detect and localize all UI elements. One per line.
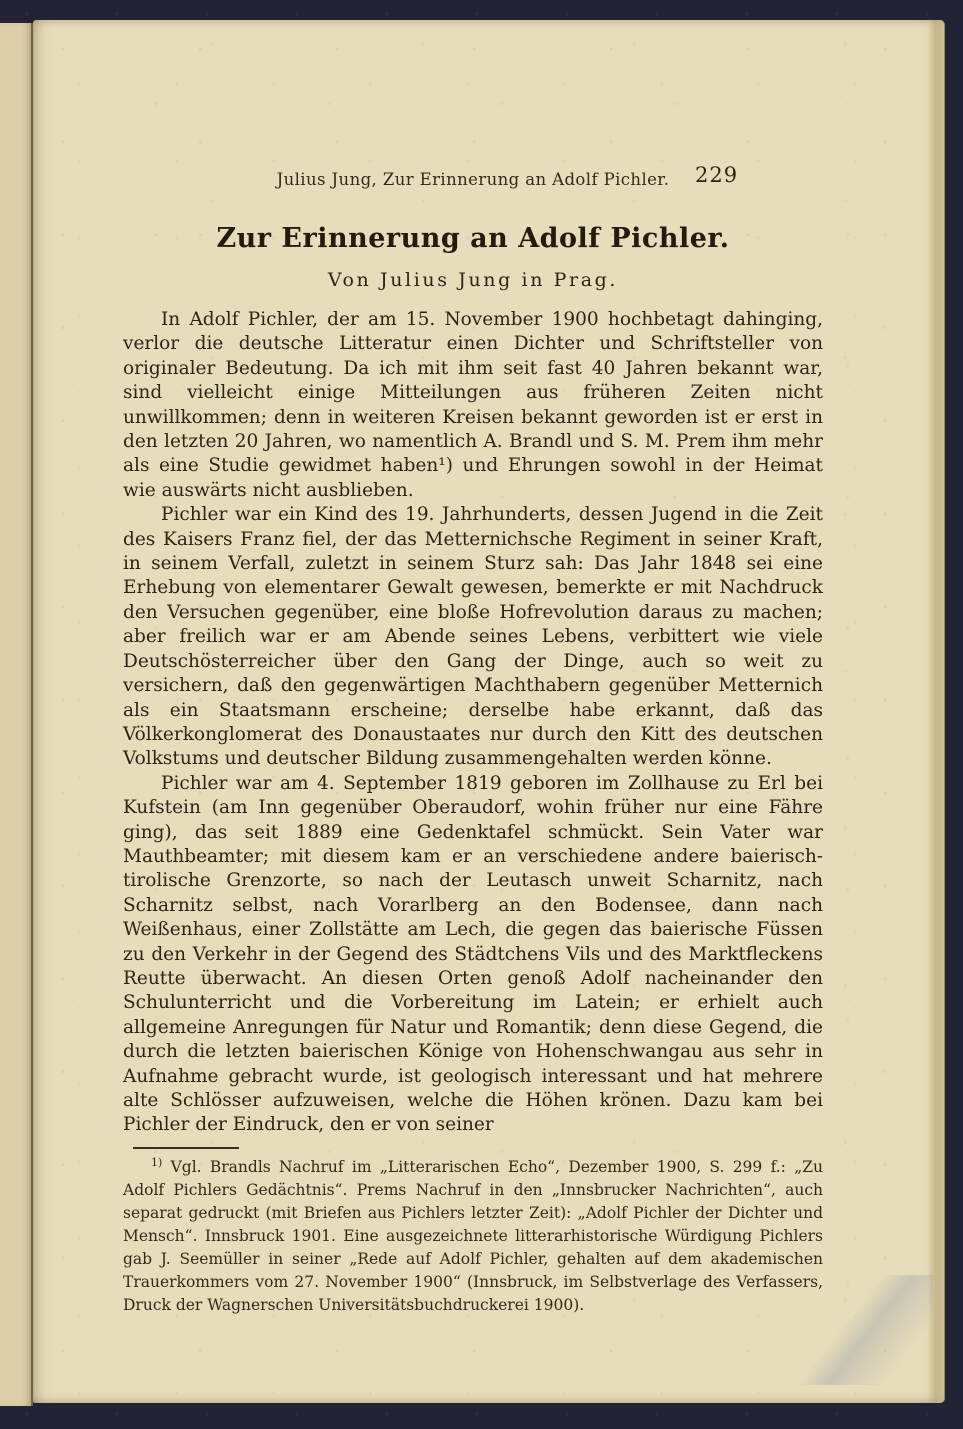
book-page: Julius Jung, Zur Erinnerung an Adolf Pic… bbox=[33, 20, 945, 1403]
article-byline: Von Julius Jung in Prag. bbox=[123, 269, 823, 291]
footnote-text: Vgl. Brandls Nachruf im „Litterarischen … bbox=[123, 1158, 823, 1314]
paragraph: Pichler war am 4. September 1819 geboren… bbox=[123, 772, 823, 1138]
footnote-marker: 1) bbox=[151, 1156, 162, 1169]
article: Zur Erinnerung an Adolf Pichler. Von Jul… bbox=[123, 223, 823, 1317]
paragraph: Pichler war ein Kind des 19. Jahrhundert… bbox=[123, 503, 823, 771]
article-title: Zur Erinnerung an Adolf Pichler. bbox=[123, 223, 823, 254]
page-number: 229 bbox=[695, 163, 738, 187]
footnote-separator bbox=[133, 1147, 239, 1149]
previous-page-edge bbox=[0, 23, 33, 1406]
page-stack-edge bbox=[928, 20, 945, 1403]
running-header: Julius Jung, Zur Erinnerung an Adolf Pic… bbox=[123, 170, 823, 189]
article-body: In Adolf Pichler, der am 15. November 19… bbox=[123, 308, 823, 1138]
running-title: Julius Jung, Zur Erinnerung an Adolf Pic… bbox=[277, 170, 670, 189]
scan-background: Julius Jung, Zur Erinnerung an Adolf Pic… bbox=[0, 0, 963, 1429]
paragraph: In Adolf Pichler, der am 15. November 19… bbox=[123, 308, 823, 503]
footnote: 1) Vgl. Brandls Nachruf im „Litterarisch… bbox=[123, 1156, 823, 1317]
